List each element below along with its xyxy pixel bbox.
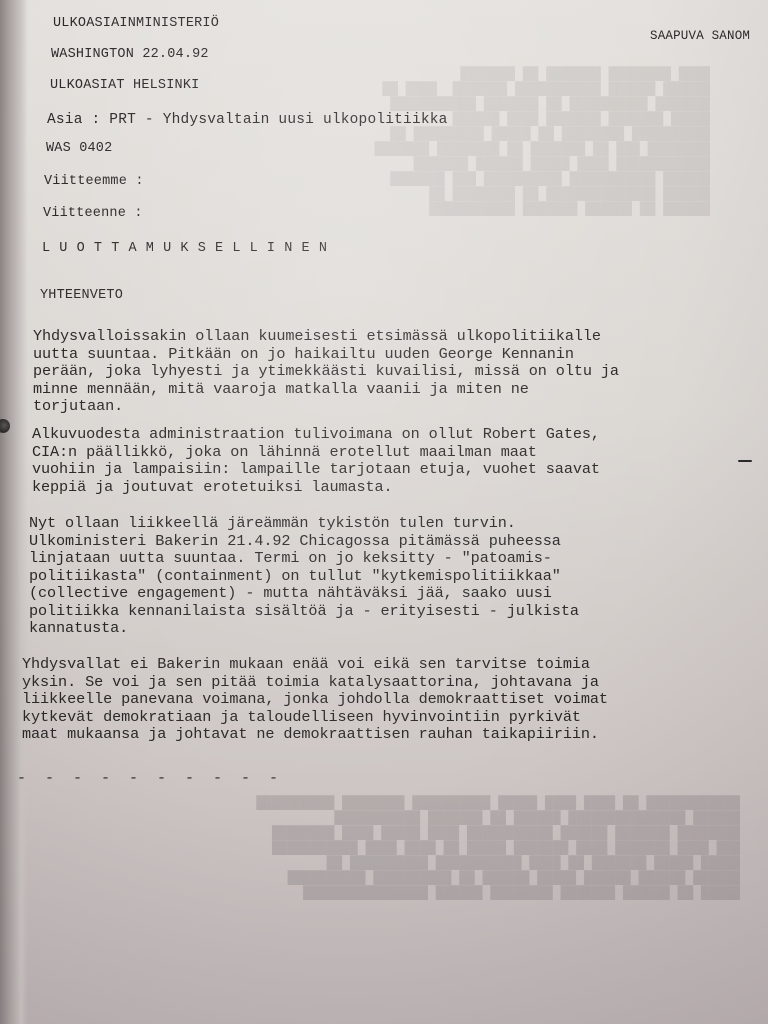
message-id: WAS 0402 [46,141,112,156]
paragraph-1: Yhdysvalloissakin ollaan kuumeisesti ets… [33,328,733,416]
paragraph-2: Alkuvuodesta administraation tulivoimana… [32,426,732,496]
bleed-through-text-bottom: ████████████ ██ ████ ████ █████ ████████… [20,795,740,900]
paragraph-4: Yhdysvallat ei Bakerin mukaan enää voi e… [22,656,722,744]
section-heading: YHTEENVETO [40,288,123,303]
classification-label: LUOTTAMUKSELLINEN [42,241,336,256]
paragraph-3: Nyt ollaan liikkeellä järeämmän tykistön… [29,515,729,638]
destination: ULKOASIAT HELSINKI [50,78,199,93]
incoming-message-stamp: SAAPUVA SANOM [650,29,750,43]
page-binding-shadow [0,0,28,1024]
bleed-through-text-top: ████ ████████ ███████ ██ ███████ ██████ … [240,66,710,216]
separator-dashes: - - - - - - - - - - [17,770,283,787]
our-reference-label: Viitteemme : [44,174,144,189]
photo-lighting-overlay [0,0,768,1024]
your-reference-label: Viitteenne : [43,206,143,221]
origin-and-date: WASHINGTON 22.04.92 [51,47,209,62]
ministry-name: ULKOASIAINMINISTERIÖ [53,16,219,31]
pen-mark [738,460,752,462]
subject-line: Asia : PRT - Yhdysvaltain uusi ulkopolit… [47,112,448,128]
